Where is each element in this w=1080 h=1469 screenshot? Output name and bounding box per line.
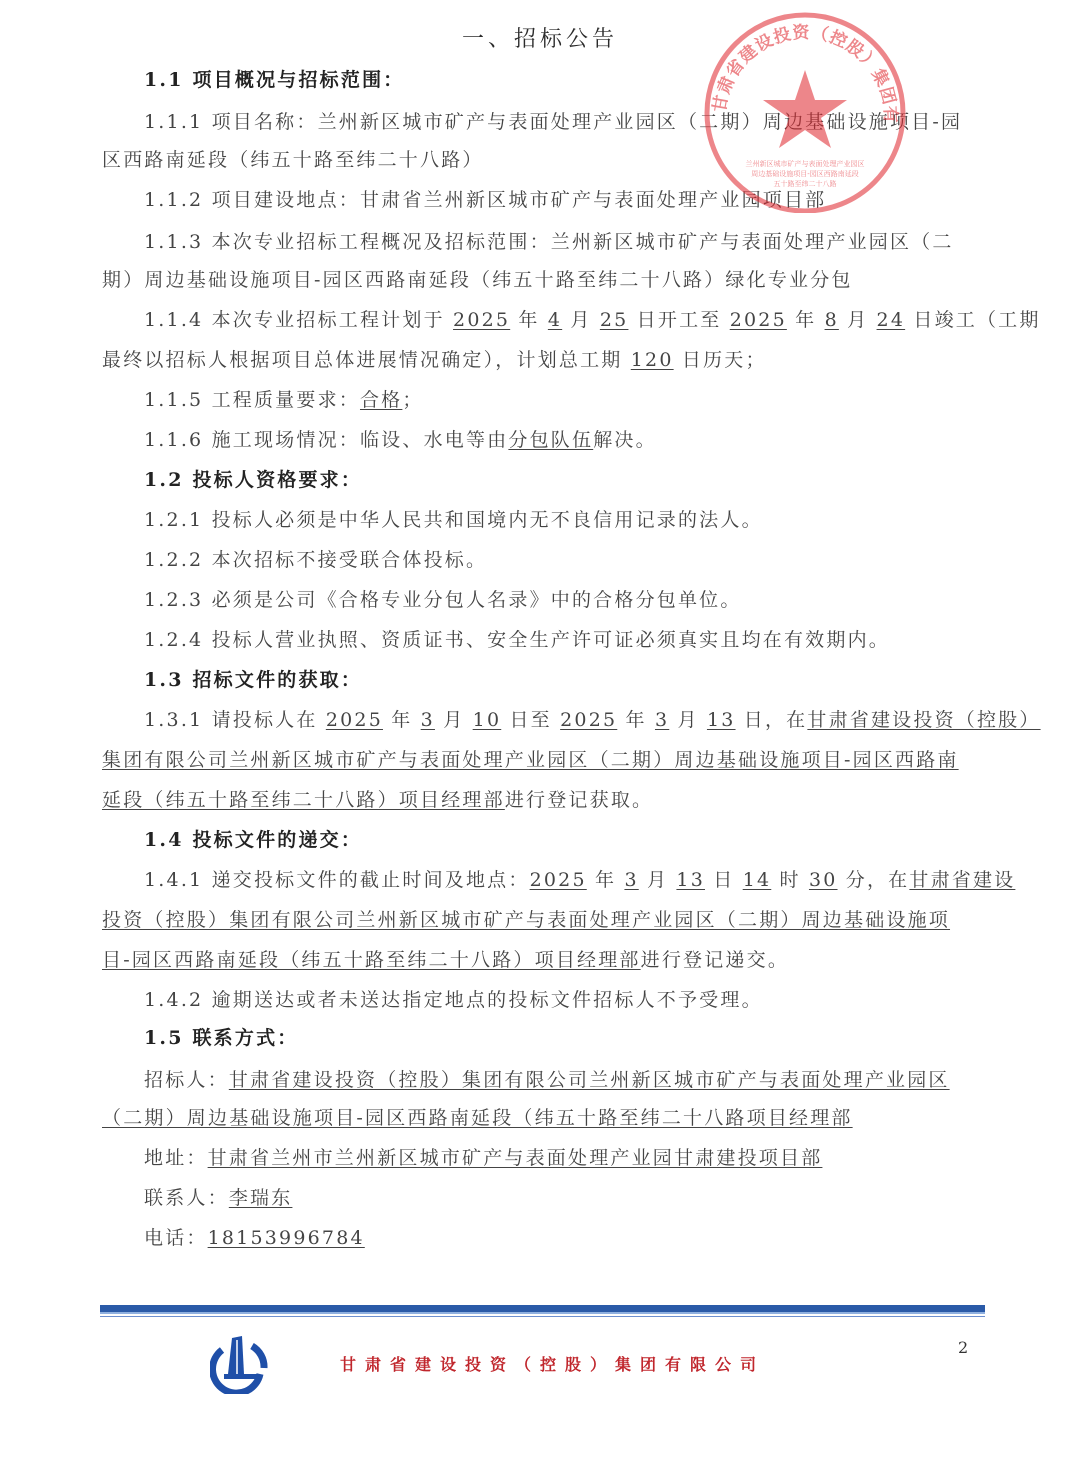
contact-address: 地址：甘肃省兰州市兰州新区城市矿产与表面处理产业园甘肃建投项目部 — [144, 1146, 1024, 1170]
contact-tenderer: 招标人：甘肃省建设投资（控股）集团有限公司兰州新区城市矿产与表面处理产业园区 — [144, 1068, 1024, 1092]
document-page: 一、招标公告 1.1 项目概况与招标范围： 1.1.1 项目名称：兰州新区城市矿… — [0, 0, 1080, 1469]
item-1-1-6: 1.1.6 施工现场情况：临设、水电等由分包队伍解决。 — [144, 428, 1024, 452]
company-logo-icon — [210, 1330, 270, 1394]
section-1-1-heading: 1.1 项目概况与招标范围： — [144, 68, 1024, 92]
section-1-4-heading: 1.4 投标文件的递交： — [144, 828, 1024, 852]
item-1-1-1: 1.1.1 项目名称：兰州新区城市矿产与表面处理产业园区（二期）周边基础设施项目… — [144, 110, 1024, 134]
page-title: 一、招标公告 — [0, 22, 1080, 53]
item-1-1-5: 1.1.5 工程质量要求：合格； — [144, 388, 1024, 412]
item-1-4-1-cont2: 目-园区西路南延段（纬五十路至纬二十八路）项目经理部进行登记递交。 — [102, 948, 982, 972]
contact-tenderer-cont: （二期）周边基础设施项目-园区西路南延段（纬五十路至纬二十八路项目经理部 — [102, 1106, 982, 1130]
contact-phone: 电话：18153996784 — [144, 1226, 1024, 1250]
item-1-1-4-cont: 最终以招标人根据项目总体进展情况确定），计划总工期 120 日历天； — [102, 348, 982, 372]
item-1-2-2: 1.2.2 本次招标不接受联合体投标。 — [144, 548, 1024, 572]
section-1-2-heading: 1.2 投标人资格要求： — [144, 468, 1024, 492]
footer-divider — [100, 1305, 985, 1314]
footer-company-name: 甘肃省建设投资（控股）集团有限公司 — [340, 1352, 765, 1375]
svg-text:五十路至纬二十八路: 五十路至纬二十八路 — [774, 179, 837, 188]
item-1-2-4: 1.2.4 投标人营业执照、资质证书、安全生产许可证必须真实且均在有效期内。 — [144, 628, 1024, 652]
section-1-5-heading: 1.5 联系方式： — [144, 1026, 1024, 1050]
section-1-3-heading: 1.3 招标文件的获取： — [144, 668, 1024, 692]
item-1-1-1-cont: 区西路南延段（纬五十路至纬二十八路） — [102, 148, 982, 172]
item-1-3-1-cont: 集团有限公司兰州新区城市矿产与表面处理产业园区（二期）周边基础设施项目-园区西路… — [102, 748, 982, 772]
page-number: 2 — [958, 1338, 968, 1357]
item-1-2-1: 1.2.1 投标人必须是中华人民共和国境内无不良信用记录的法人。 — [144, 508, 1024, 532]
item-1-1-3-cont: 期）周边基础设施项目-园区西路南延段（纬五十路至纬二十八路）绿化专业分包 — [102, 268, 982, 292]
footer-divider-thin — [100, 1316, 985, 1317]
item-1-4-2: 1.4.2 逾期送达或者未送达指定地点的投标文件招标人不予受理。 — [144, 988, 1024, 1012]
item-1-4-1-cont: 投资（控股）集团有限公司兰州新区城市矿产与表面处理产业园区（二期）周边基础设施项 — [102, 908, 982, 932]
item-1-4-1: 1.4.1 递交投标文件的截止时间及地点：2025 年 3 月 13 日 14 … — [144, 868, 1024, 892]
item-1-3-1: 1.3.1 请投标人在 2025 年 3 月 10 日至 2025 年 3 月 … — [144, 708, 1024, 732]
item-1-1-2: 1.1.2 项目建设地点：甘肃省兰州新区城市矿产与表面处理产业园项目部 — [144, 188, 1024, 212]
contact-person: 联系人：李瑞东 — [144, 1186, 1024, 1210]
item-1-1-3: 1.1.3 本次专业招标工程概况及招标范围：兰州新区城市矿产与表面处理产业园区（… — [144, 230, 1024, 254]
item-1-2-3: 1.2.3 必须是公司《合格专业分包人名录》中的合格分包单位。 — [144, 588, 1024, 612]
item-1-3-1-cont2: 延段（纬五十路至纬二十八路）项目经理部进行登记获取。 — [102, 788, 982, 812]
item-1-1-4: 1.1.4 本次专业招标工程计划于 2025 年 4 月 25 日开工至 202… — [144, 308, 1024, 332]
